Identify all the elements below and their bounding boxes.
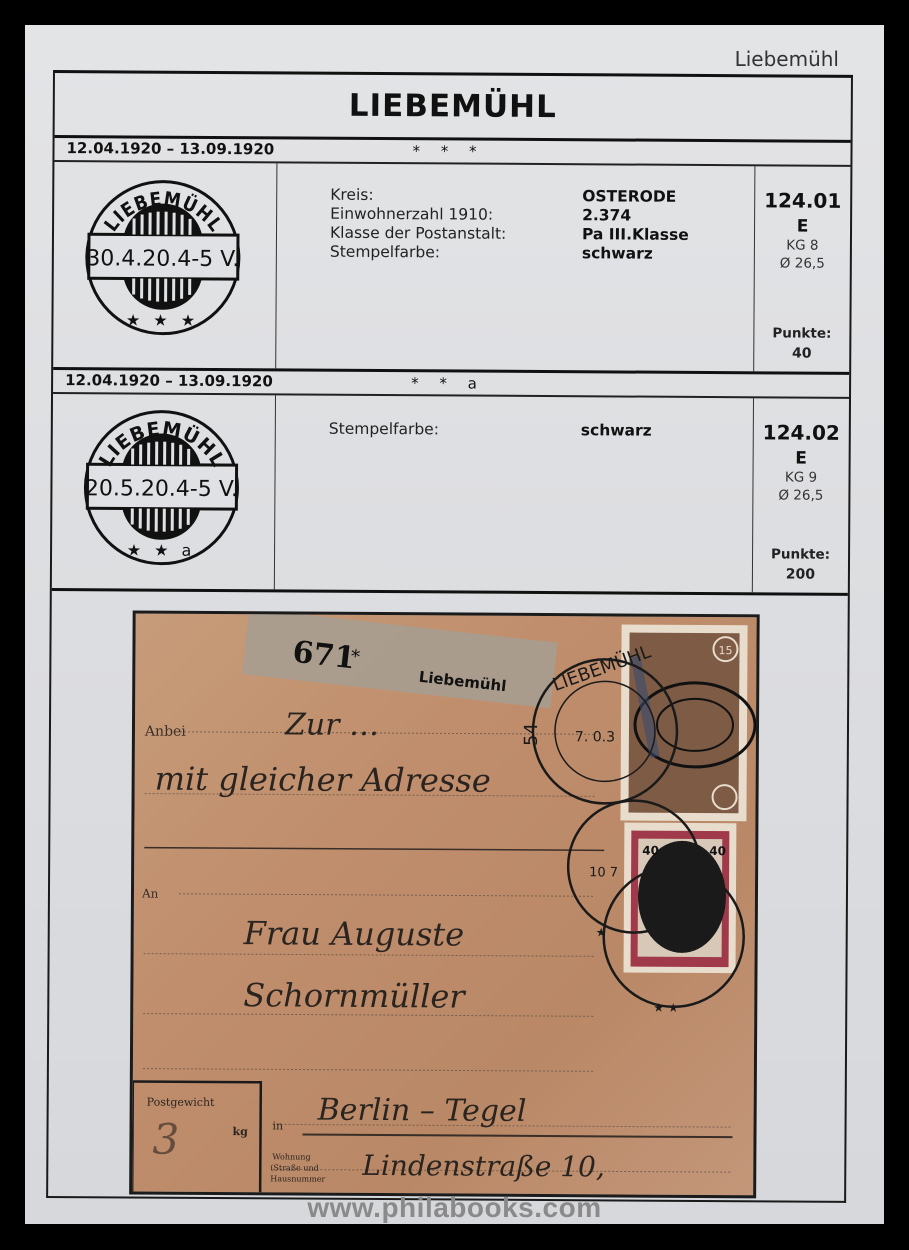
svg-text:40: 40: [709, 844, 726, 858]
svg-text:mit gleicher Adresse: mit gleicher Adresse: [155, 760, 491, 800]
svg-text:30.4.20.4-5 V.: 30.4.20.4-5 V.: [86, 246, 239, 272]
diameter: Ø 26,5: [753, 486, 848, 505]
svg-text:★ ★ ★: ★ ★ ★: [126, 310, 199, 329]
svg-text:in: in: [273, 1119, 284, 1132]
svg-text:★: ★: [596, 925, 607, 939]
svg-text:(Straße und: (Straße und: [270, 1163, 319, 1172]
svg-text:7. 0.3: 7. 0.3: [575, 729, 615, 745]
svg-text:kg: kg: [232, 1125, 248, 1138]
catalog-table: LIEBEMÜHL 12.04.1920 – 13.09.1920 * * *: [46, 70, 853, 1203]
svg-text:20.5.20.4-5 V.: 20.5.20.4-5 V.: [85, 476, 238, 502]
info-label-kreis: Kreis:: [330, 186, 582, 207]
postmark-image: LIEBEMÜHL 20.5.20.4-5 V. ★ ★ a: [52, 394, 276, 589]
svg-text:54: 54: [521, 723, 542, 746]
title-row: LIEBEMÜHL: [55, 73, 851, 143]
running-head: Liebemühl: [735, 47, 839, 71]
catalog-number: 124.01: [755, 188, 850, 213]
catalog-entry: LIEBEMÜHL 30.4.20.4-5 V. ★ ★ ★ Kreis: OS…: [53, 162, 850, 375]
diameter: Ø 26,5: [755, 254, 850, 273]
svg-text:10 7: 10 7: [589, 865, 618, 880]
postmark-icon: LIEBEMÜHL 20.5.20.4-5 V. ★ ★ a: [74, 400, 250, 576]
svg-text:Postgewicht: Postgewicht: [147, 1096, 215, 1109]
svg-text:★ ★ a: ★ ★ a: [127, 540, 196, 559]
svg-text:An: An: [141, 887, 159, 901]
info-value-kreis: OSTERODE: [582, 187, 689, 207]
svg-text:Schornmüller: Schornmüller: [243, 976, 466, 1015]
svg-text:Hausnummer: Hausnummer: [270, 1174, 325, 1183]
postmark-type: E: [754, 448, 849, 469]
watermark: www.philabooks.com: [25, 1192, 884, 1224]
postmark-type: E: [755, 216, 850, 237]
info-value-color: schwarz: [582, 244, 689, 264]
svg-text:671: 671: [291, 635, 357, 677]
parcel-card-image: Postgewicht kg in Wohnung (Straße und Ha…: [129, 610, 760, 1198]
points-value: 40: [754, 345, 849, 362]
entry-info: Kreis: OSTERODE Einwohnerzahl 1910: 2.37…: [276, 163, 755, 371]
svg-text:Anbei: Anbei: [144, 724, 186, 740]
svg-text:15: 15: [718, 644, 732, 657]
svg-text:Wohnung: Wohnung: [272, 1152, 310, 1161]
info-label-color: Stempelfarbe:: [329, 420, 581, 441]
svg-text:Frau Auguste: Frau Auguste: [243, 914, 465, 953]
svg-text:40: 40: [642, 844, 659, 858]
svg-text:Lindenstraße 10,: Lindenstraße 10,: [361, 1149, 605, 1183]
rarity-marks: * * a: [411, 374, 485, 392]
kg-code: KG 9: [753, 468, 848, 487]
date-range: 12.04.1920 – 13.09.1920: [66, 139, 274, 158]
points-label: Punkte:: [754, 325, 849, 342]
catalog-page: Liebemühl LIEBEMÜHL 12.04.1920 – 13.09.1…: [25, 25, 884, 1224]
info-value-population: 2.374: [582, 206, 689, 226]
kg-code: KG 8: [755, 236, 850, 255]
info-label-class: Klasse der Postanstalt:: [330, 224, 582, 245]
catalog-number: 124.02: [754, 420, 849, 445]
svg-text:★ ★: ★ ★: [653, 1001, 678, 1015]
postmark-icon: LIEBEMÜHL 30.4.20.4-5 V. ★ ★ ★: [75, 170, 251, 346]
catalog-entry: LIEBEMÜHL 20.5.20.4-5 V. ★ ★ a Stempelfa…: [52, 394, 849, 596]
points-value: 200: [753, 566, 848, 583]
date-range: 12.04.1920 – 13.09.1920: [65, 371, 273, 390]
catalog-number-cell: 124.01 E KG 8 Ø 26,5 Punkte: 40: [754, 166, 850, 372]
entry-info: Stempelfarbe: schwarz: [275, 395, 754, 592]
svg-text:Berlin – Tegel: Berlin – Tegel: [317, 1093, 527, 1129]
catalog-number-cell: 124.02 E KG 9 Ø 26,5 Punkte: 200: [753, 398, 849, 593]
info-label-color: Stempelfarbe:: [330, 243, 582, 264]
parcel-card-illustration: Postgewicht kg in Wohnung (Straße und Ha…: [132, 614, 757, 1196]
svg-text:3: 3: [152, 1115, 179, 1164]
parcel-card-photo-area: Postgewicht kg in Wohnung (Straße und Ha…: [48, 591, 848, 1192]
rarity-marks: * * *: [412, 142, 484, 160]
info-value-color: schwarz: [581, 421, 652, 440]
postmark-image: LIEBEMÜHL 30.4.20.4-5 V. ★ ★ ★: [53, 162, 277, 368]
info-label-population: Einwohnerzahl 1910:: [330, 205, 582, 226]
svg-text:Zur …: Zur …: [284, 707, 379, 743]
info-value-class: Pa III.Klasse: [582, 225, 689, 245]
points-label: Punkte:: [753, 546, 848, 563]
page-title: LIEBEMÜHL: [349, 88, 557, 125]
